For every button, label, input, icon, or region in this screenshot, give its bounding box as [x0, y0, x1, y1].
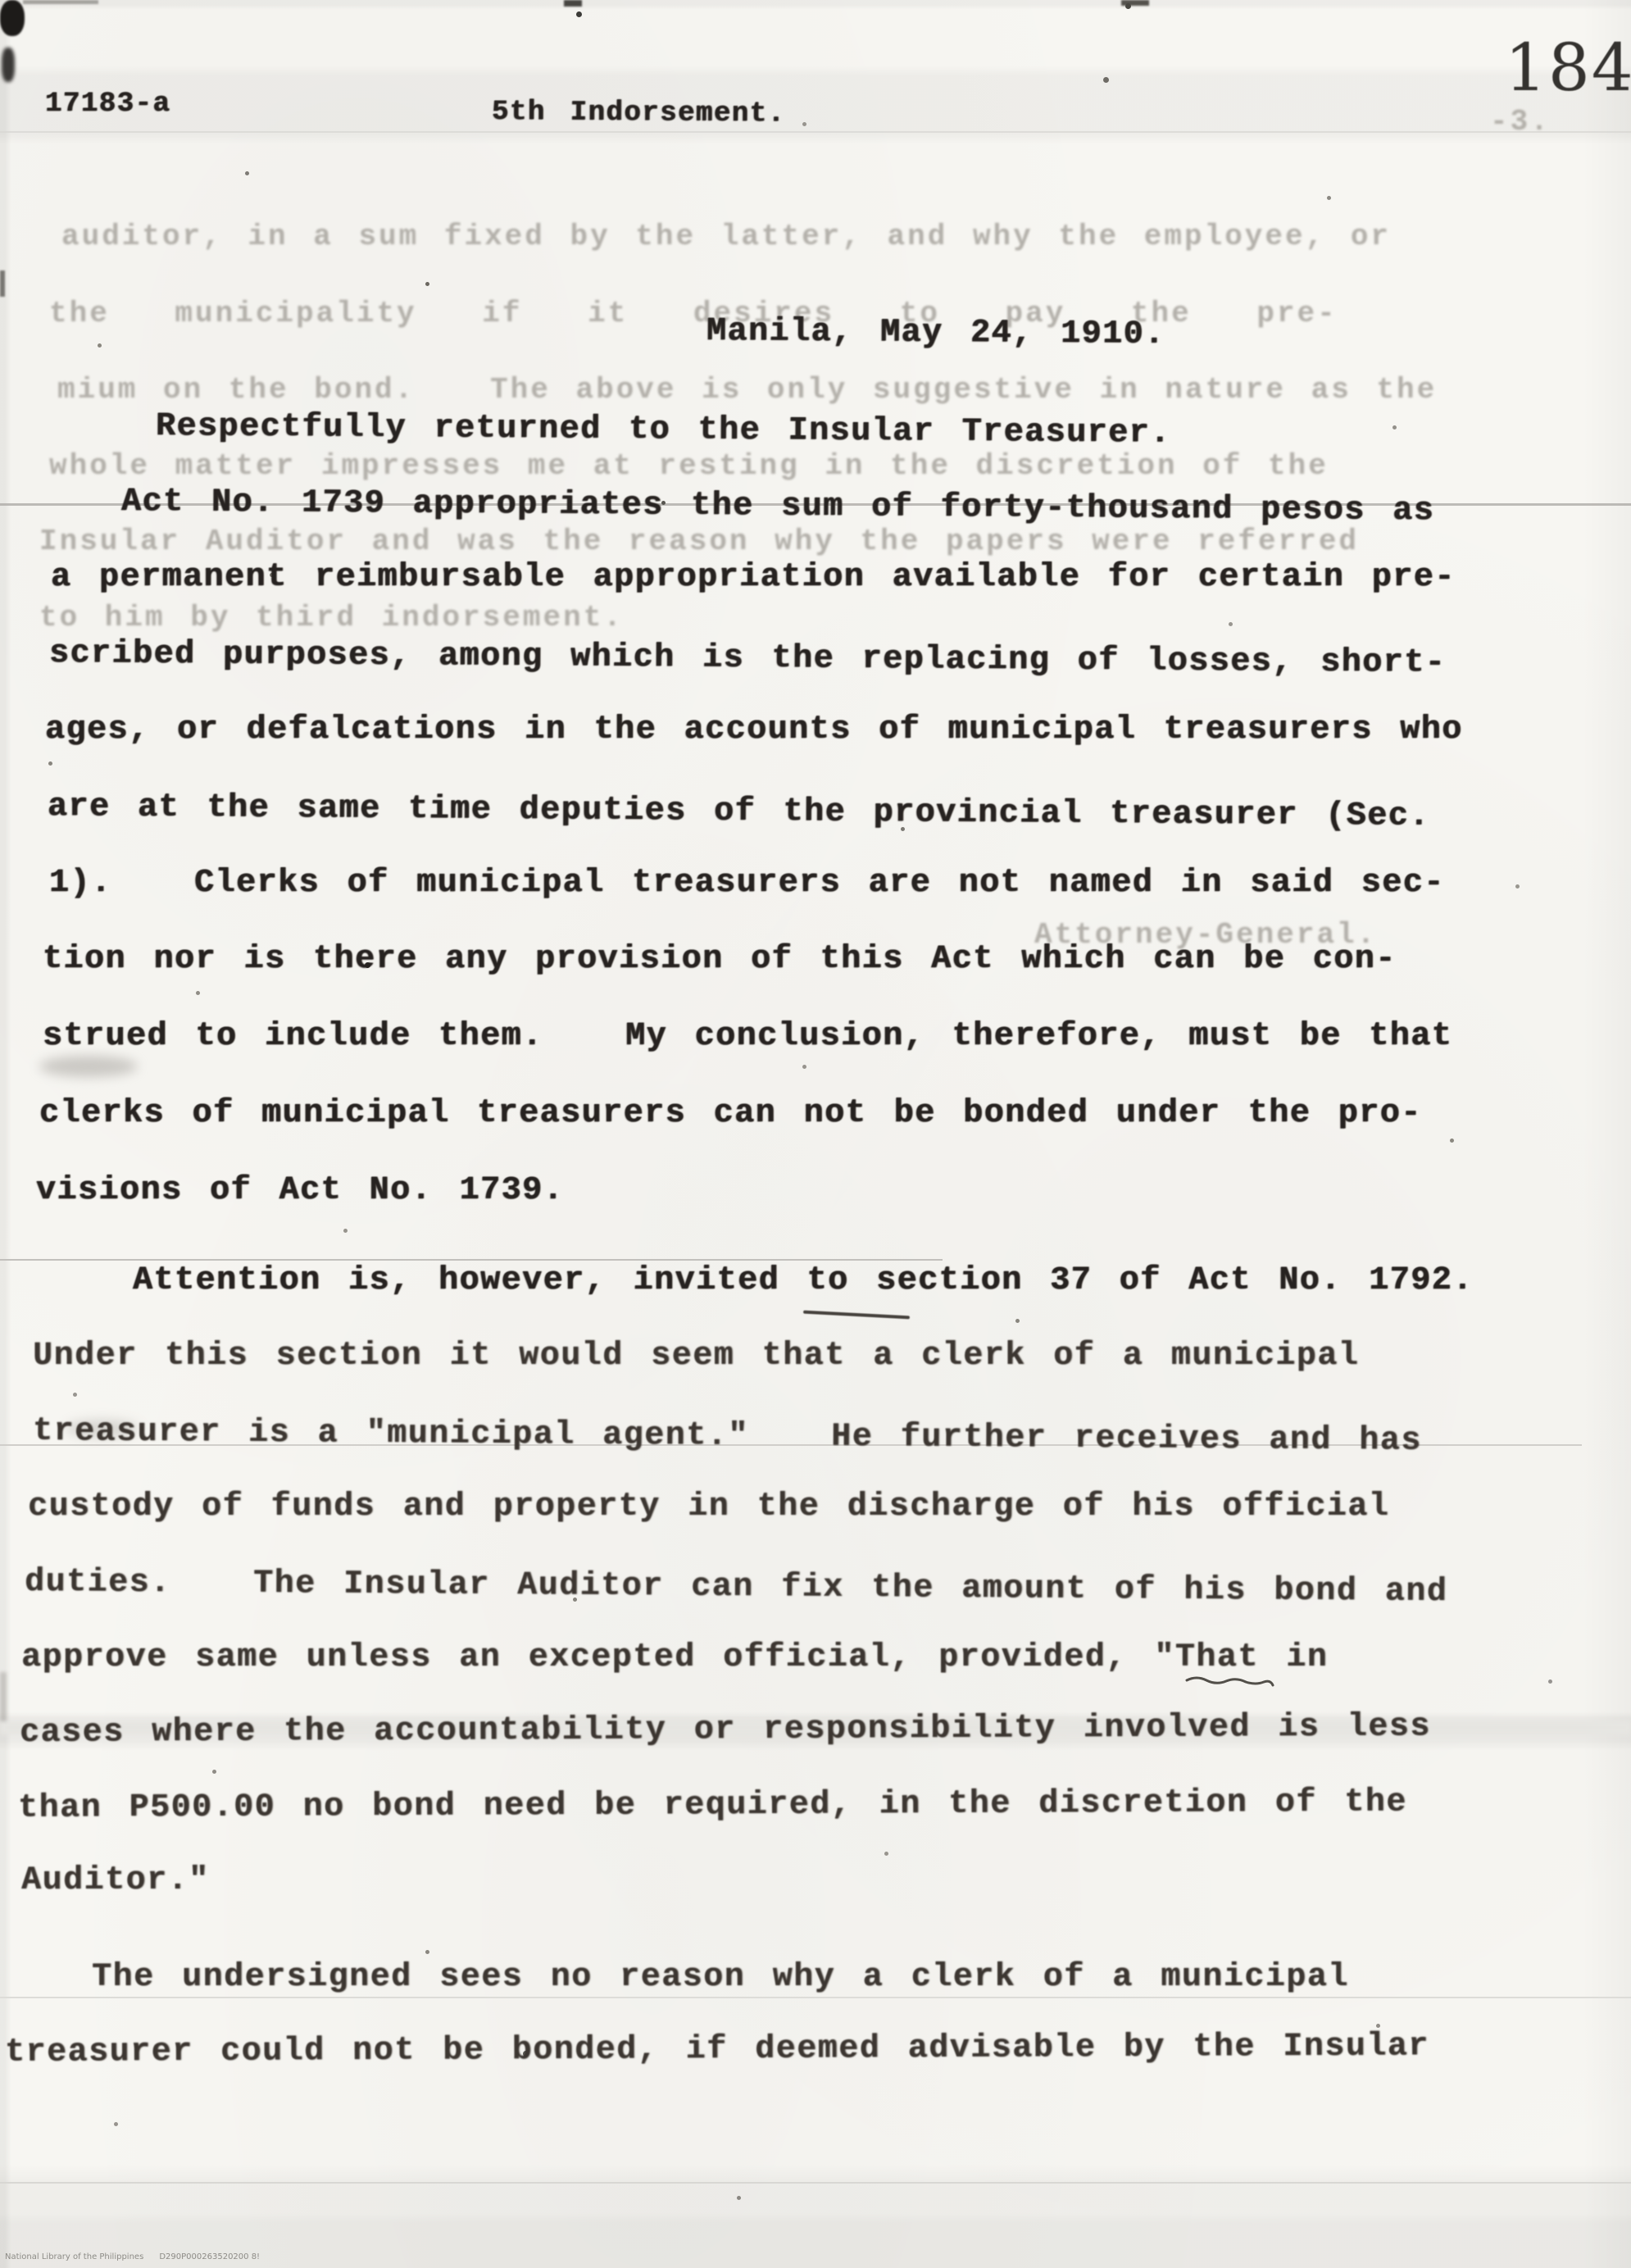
body-line: approve same unless an excepted official… [21, 1639, 1328, 1676]
body-line: scribed purposes, among which is the rep… [49, 635, 1447, 682]
bleedthrough-line: auditor, in a sum fixed by the latter, a… [61, 220, 1391, 253]
file-reference: 17183-a [45, 89, 170, 120]
body-line: Respectfully returned to the Insular Tre… [156, 408, 1171, 452]
pen-dash-mark [803, 1311, 910, 1320]
page-number: 184 [1505, 30, 1631, 106]
scan-line-artifact [0, 1259, 943, 1261]
body-line: treasurer could not be bonded, if deemed… [5, 2028, 1429, 2071]
edge-ink-blob [2, 48, 15, 82]
library-footer-stamp: National Library of the Philippines D290… [5, 2252, 260, 2261]
body-line: are at the same time deputies of the pro… [48, 789, 1430, 835]
body-line: visions of Act No. 1739. [36, 1172, 564, 1209]
body-line: duties. The Insular Auditor can fix the … [25, 1564, 1448, 1611]
document-heading: 5th Indorsement. [492, 97, 786, 130]
edge-ink-blob [564, 0, 582, 7]
edge-ink-blob [1121, 0, 1149, 6]
scanned-document-page: auditor, in a sum fixed by the latter, a… [0, 0, 1631, 2268]
dust-specks [0, 0, 2, 2]
scan-line-artifact [0, 1997, 1631, 1998]
body-line: Under this section it would seem that a … [33, 1338, 1359, 1375]
body-line: cases where the accountability or respon… [20, 1708, 1431, 1752]
faint-side-mark: -3. [1490, 105, 1551, 139]
bleedthrough-line: to him by third indorsement. [39, 601, 624, 634]
scan-line-artifact [0, 131, 1631, 133]
body-line: 1). Clerks of municipal treasurers are n… [49, 865, 1445, 902]
bleedthrough-line: Insular Auditor and was the reason why t… [39, 525, 1359, 558]
bleed-smudge [39, 1056, 138, 1077]
edge-ink-blob [0, 270, 5, 297]
bleedthrough-line: whole matter impresses me at resting in … [49, 449, 1329, 483]
body-line: Attention is, however, invited to sectio… [133, 1262, 1474, 1299]
dateline: Manila, May 24, 1910. [706, 313, 1165, 353]
body-line: tion nor is there any provision of this … [43, 941, 1397, 978]
body-line: a permanent reimbursable appropriation a… [51, 559, 1456, 596]
body-line: treasurer is a "municipal agent." He fur… [33, 1413, 1422, 1460]
edge-ink-blob [0, 0, 25, 36]
scan-line-artifact [0, 2182, 1631, 2184]
body-line: custody of funds and property in the dis… [28, 1489, 1389, 1525]
body-line: Auditor." [21, 1862, 210, 1899]
edge-ink-blob [0, 1672, 7, 1721]
edge-ink-blob [23, 0, 98, 4]
body-line: clerks of municipal treasurers can not b… [39, 1095, 1422, 1132]
body-line: The undersigned sees no reason why a cle… [92, 1959, 1349, 1996]
bleedthrough-line: mium on the bond. The above is only sugg… [57, 373, 1437, 407]
body-line: Act No. 1739 appropriates the sum of for… [121, 484, 1435, 530]
pen-underline-squiggle [1185, 1675, 1275, 1693]
body-line: strued to include them. My conclusion, t… [43, 1018, 1452, 1055]
body-line: ages, or defalcations in the accounts of… [45, 711, 1463, 748]
body-line: than P500.00 no bond need be required, i… [18, 1784, 1407, 1827]
